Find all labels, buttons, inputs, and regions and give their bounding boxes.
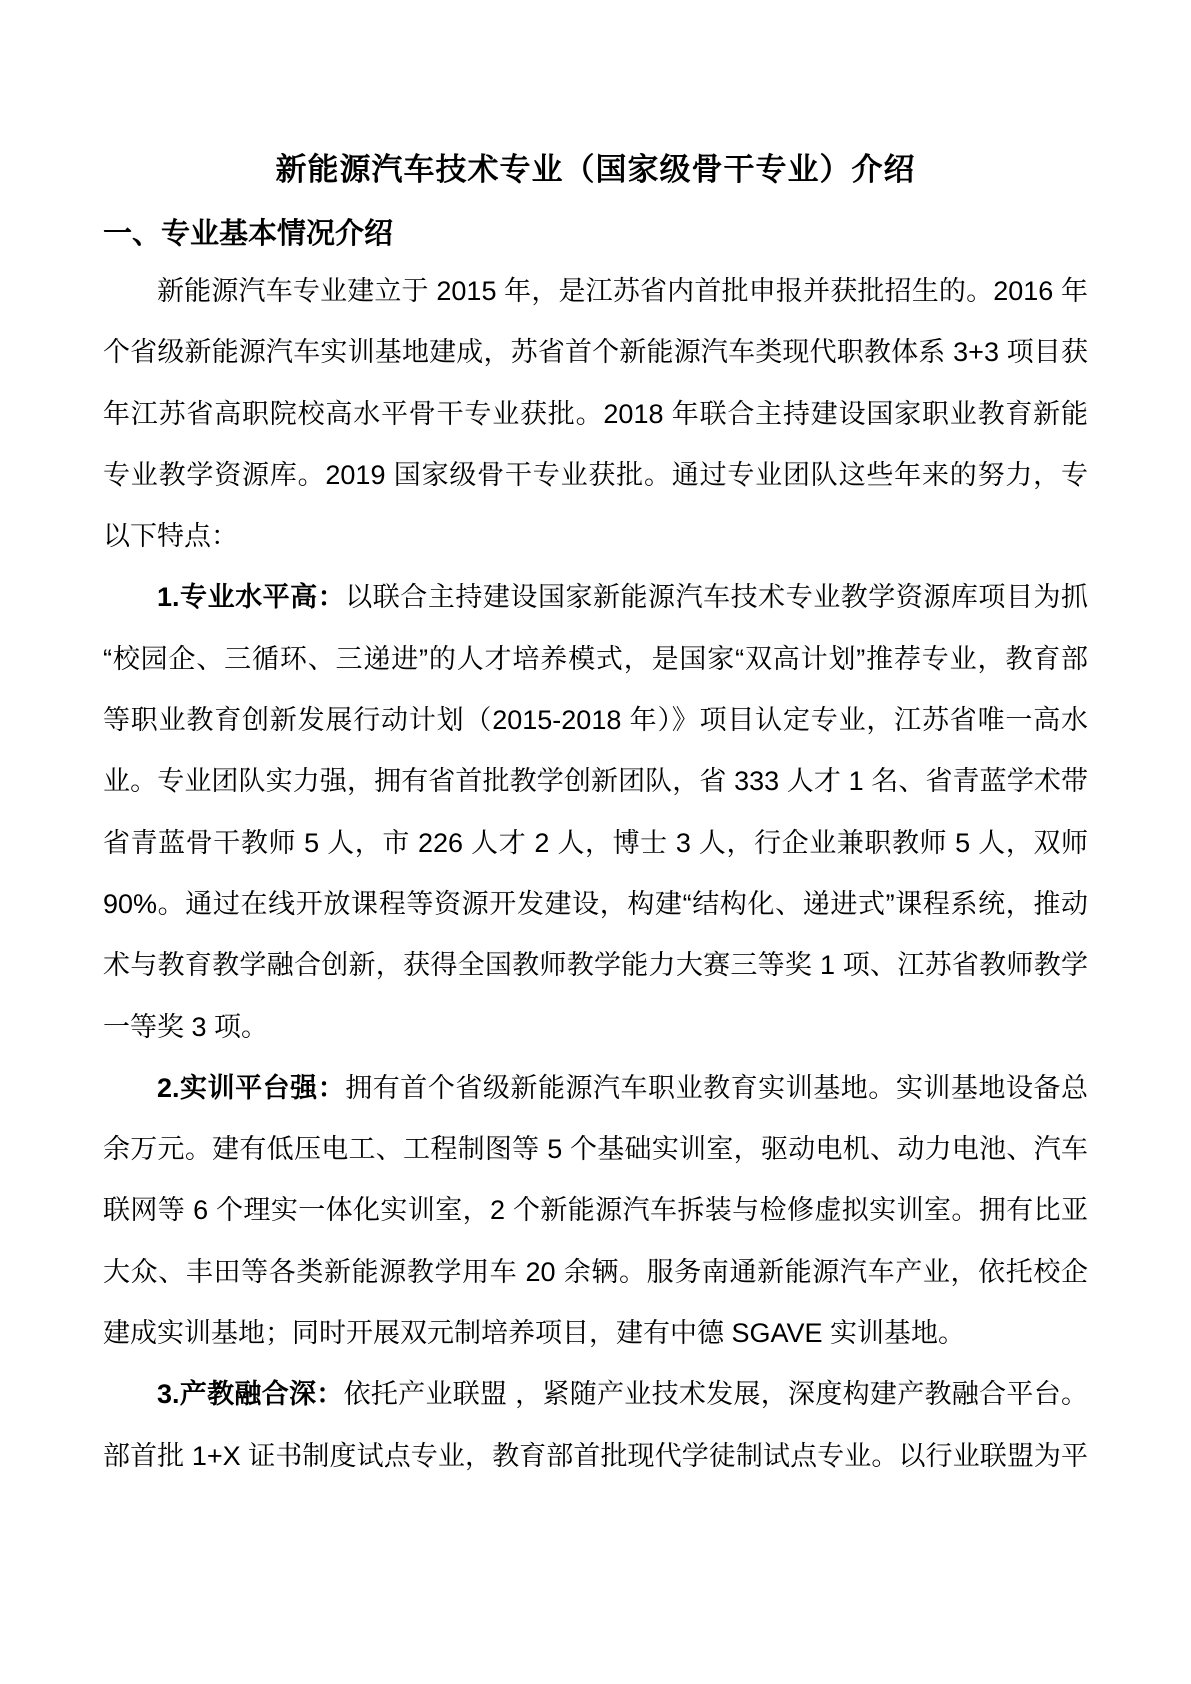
text-line: 以下特点： — [103, 506, 1088, 567]
text-line: “校园企、三循环、三递进”的人才培养模式，是国家“双高计划”推荐专业，教育部《高 — [103, 629, 1088, 690]
text-line: 省青蓝骨干教师 5 人，市 226 人才 2 人，博士 3 人，行企业兼职教师 … — [103, 813, 1088, 874]
run: 年江苏省高职院校高水平骨干专业获批。2018 年联合主持建设国家职业教育新能源汽… — [103, 399, 1088, 445]
run: 等职业教育创新发展行动计划（2015-2018 年）》项目认定专业，江苏省唯一高… — [103, 705, 1088, 751]
text-line: 个省级新能源汽车实训基地建成，苏省首个新能源汽车类现代职教体系 3+3 项目获批… — [103, 322, 1088, 383]
run: “校园企、三循环、三递进”的人才培养模式，是国家“双高计划”推荐专业，教育部《高 — [103, 644, 1088, 690]
run: 余万元。建有低压电工、工程制图等 5 个基础实训室，驱动电机、动力电池、汽车智能… — [103, 1134, 1088, 1180]
text-line: 建成实训基地；同时开展双元制培养项目，建有中德 SGAVE 实训基地。 — [103, 1303, 1088, 1364]
run: 部首批 1+X 证书制度试点专业，教育部首批现代学徒制试点专业。以行业联盟为平台… — [103, 1441, 1088, 1487]
run-bold: 1.专业水平高： — [157, 582, 345, 612]
document-page: 新能源汽车技术专业（国家级骨干专业）介绍 一、专业基本情况介绍 新能源汽车专业建… — [0, 0, 1191, 1684]
text-line: 联网等 6 个理实一体化实训室，2 个新能源汽车拆装与检修虚拟实训室。拥有比亚迪… — [103, 1180, 1088, 1241]
text-line: 新能源汽车专业建立于 2015 年，是江苏省内首批申报并获批招生的。2016 年… — [103, 261, 1088, 322]
run: 90%。通过在线开放课程等资源开发建设，构建“结构化、递进式”课程系统，推动信息… — [103, 889, 1088, 935]
run-bold: 3.产教融合深： — [157, 1379, 344, 1409]
paragraph: 2.实训平台强：拥有首个省级新能源汽车职业教育实训基地。实训基地设备总值 120… — [103, 1058, 1088, 1364]
run: 术与教育教学融合创新，获得全国教师教学能力大赛三等奖 1 项、江苏省教师教学能力… — [103, 950, 1088, 996]
text-line: 年江苏省高职院校高水平骨干专业获批。2018 年联合主持建设国家职业教育新能源汽… — [103, 384, 1088, 445]
paragraph: 1.专业水平高：以联合主持建设国家新能源汽车技术专业教学资源库项目为抓手，探索“… — [103, 567, 1088, 1057]
document-title: 新能源汽车技术专业（国家级骨干专业）介绍 — [103, 148, 1088, 192]
run: 个省级新能源汽车实训基地建成，苏省首个新能源汽车类现代职教体系 3+3 项目获批… — [103, 337, 1088, 383]
text-line: 大众、丰田等各类新能源教学用车 20 余辆。服务南通新能源汽车产业，依托校企合作… — [103, 1242, 1088, 1303]
text-line: 3.产教融合深：依托产业联盟 ，紧随产业技术发展，深度构建产教融合平台。成为教育 — [103, 1364, 1088, 1425]
text-line: 业。专业团队实力强，拥有省首批教学创新团队，省 333 人才 1 名、省青蓝学术… — [103, 751, 1088, 812]
run: 建成实训基地；同时开展双元制培养项目，建有中德 SGAVE 实训基地。 — [103, 1318, 965, 1348]
run: 大众、丰田等各类新能源教学用车 20 余辆。服务南通新能源汽车产业，依托校企合作… — [103, 1257, 1088, 1303]
text-line: 术与教育教学融合创新，获得全国教师教学能力大赛三等奖 1 项、江苏省教师教学能力… — [103, 935, 1088, 996]
text-line: 1.专业水平高：以联合主持建设国家新能源汽车技术专业教学资源库项目为抓手，探索 — [103, 567, 1088, 628]
text-line: 专业教学资源库。2019 国家级骨干专业获批。通过专业团队这些年来的努力，专业主… — [103, 445, 1088, 506]
text-line: 90%。通过在线开放课程等资源开发建设，构建“结构化、递进式”课程系统，推动信息… — [103, 874, 1088, 935]
text-line: 余万元。建有低压电工、工程制图等 5 个基础实训室，驱动电机、动力电池、汽车智能… — [103, 1119, 1088, 1180]
paragraph: 新能源汽车专业建立于 2015 年，是江苏省内首批申报并获批招生的。2016 年… — [103, 261, 1088, 567]
text-line: 一等奖 3 项。 — [103, 997, 1088, 1058]
text-line: 等职业教育创新发展行动计划（2015-2018 年）》项目认定专业，江苏省唯一高… — [103, 690, 1088, 751]
run: 专业教学资源库。2019 国家级骨干专业获批。通过专业团队这些年来的努力，专业主… — [103, 460, 1088, 506]
run: 省青蓝骨干教师 5 人，市 226 人才 2 人，博士 3 人，行企业兼职教师 … — [103, 828, 1088, 874]
run: 业。专业团队实力强，拥有省首批教学创新团队，省 333 人才 1 名、省青蓝学术… — [103, 766, 1088, 812]
section-heading: 一、专业基本情况介绍 — [103, 214, 1088, 254]
run: 新能源汽车专业建立于 2015 年，是江苏省内首批申报并获批招生的。2016 年… — [103, 276, 1088, 322]
run: 一等奖 3 项。 — [103, 1012, 268, 1042]
run: 联网等 6 个理实一体化实训室，2 个新能源汽车拆装与检修虚拟实训室。拥有比亚迪… — [103, 1195, 1088, 1241]
document-body: 新能源汽车专业建立于 2015 年，是江苏省内首批申报并获批招生的。2016 年… — [103, 261, 1088, 1487]
paragraph: 3.产教融合深：依托产业联盟 ，紧随产业技术发展，深度构建产教融合平台。成为教育… — [103, 1364, 1088, 1487]
run-bold: 2.实训平台强： — [157, 1073, 345, 1103]
text-line: 2.实训平台强：拥有首个省级新能源汽车职业教育实训基地。实训基地设备总值 120… — [103, 1058, 1088, 1119]
text-line: 部首批 1+X 证书制度试点专业，教育部首批现代学徒制试点专业。以行业联盟为平台… — [103, 1426, 1088, 1487]
run: 以下特点： — [103, 521, 238, 551]
